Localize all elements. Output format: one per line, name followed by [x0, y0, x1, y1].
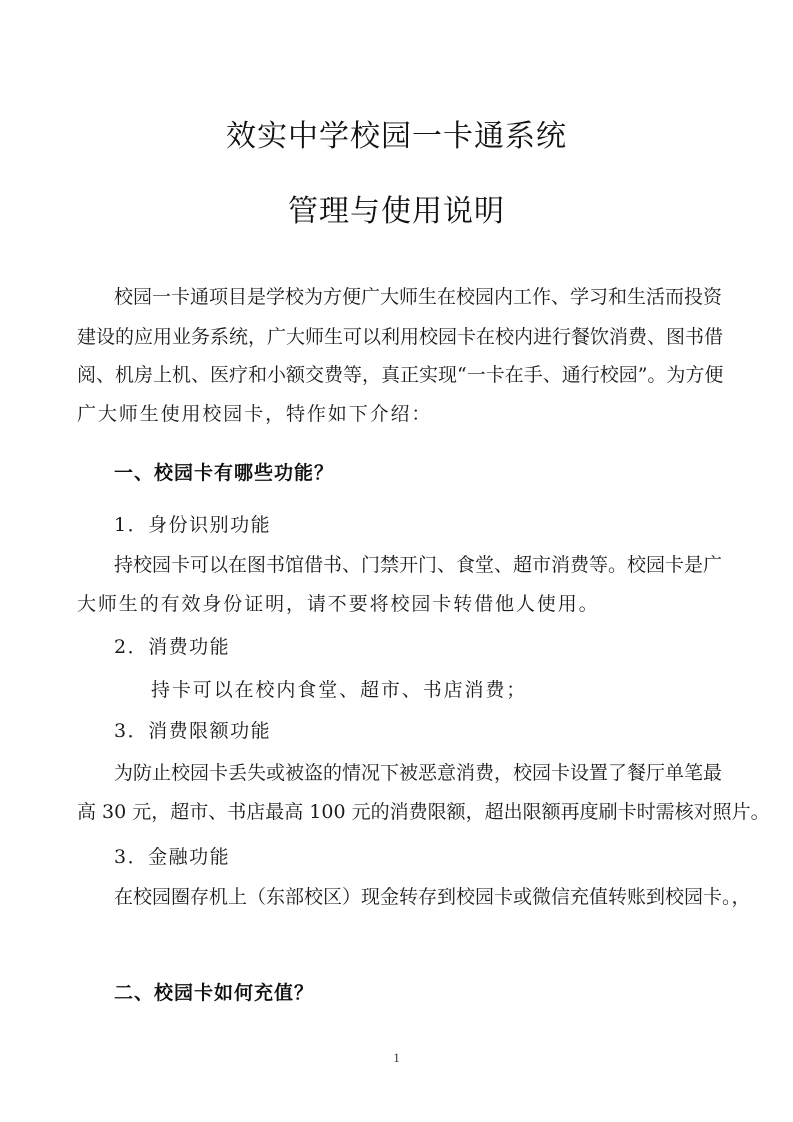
intro-line: 阅、机房上机、医疗和小额交费等，真正实现“一卡在手、通行校园”。为方便: [77, 362, 722, 388]
section-heading-functions: 一、校园卡有哪些功能？: [114, 460, 334, 486]
function-item-title: 2．消费功能: [114, 634, 230, 660]
page-number: 1: [0, 1050, 793, 1066]
function-item-text: 为防止校园卡丢失或被盗的情况下被恶意消费，校园卡设置了餐厅单笔最: [114, 760, 722, 786]
intro-line: 建设的应用业务系统，广大师生可以利用校园卡在校内进行餐饮消费、图书借: [77, 324, 722, 350]
intro-line: 广大师生使用校园卡，特作如下介绍：: [77, 401, 722, 427]
function-item-text: 持卡可以在校内食堂、超市、书店消费；: [151, 677, 793, 703]
document-title-line-1: 效实中学校园一卡通系统: [0, 119, 793, 155]
function-item-title: 3．金融功能: [114, 844, 230, 870]
function-item-text: 大师生的有效身份证明，请不要将校园卡转借他人使用。: [77, 591, 722, 617]
function-item-title: 1．身份识别功能: [114, 512, 271, 538]
function-item-text: 在校园圈存机上（东部校区）现金转存到校园卡或微信充值转账到校园卡。，: [114, 884, 722, 910]
document-title-line-2: 管理与使用说明: [0, 194, 793, 230]
section-heading-recharge: 二、校园卡如何充值？: [114, 980, 314, 1006]
document-page: 效实中学校园一卡通系统 管理与使用说明 校园一卡通项目是学校为方便广大师生在校园…: [0, 0, 793, 1122]
function-item-text: 持校园卡可以在图书馆借书、门禁开门、食堂、超市消费等。校园卡是广: [114, 552, 722, 578]
intro-line: 校园一卡通项目是学校为方便广大师生在校园内工作、学习和生活而投资: [114, 284, 722, 310]
function-item-text: 高 30 元，超市、书店最高 100 元的消费限额，超出限额再度刷卡时需核对照片…: [77, 799, 722, 825]
function-item-title: 3．消费限额功能: [114, 718, 271, 744]
